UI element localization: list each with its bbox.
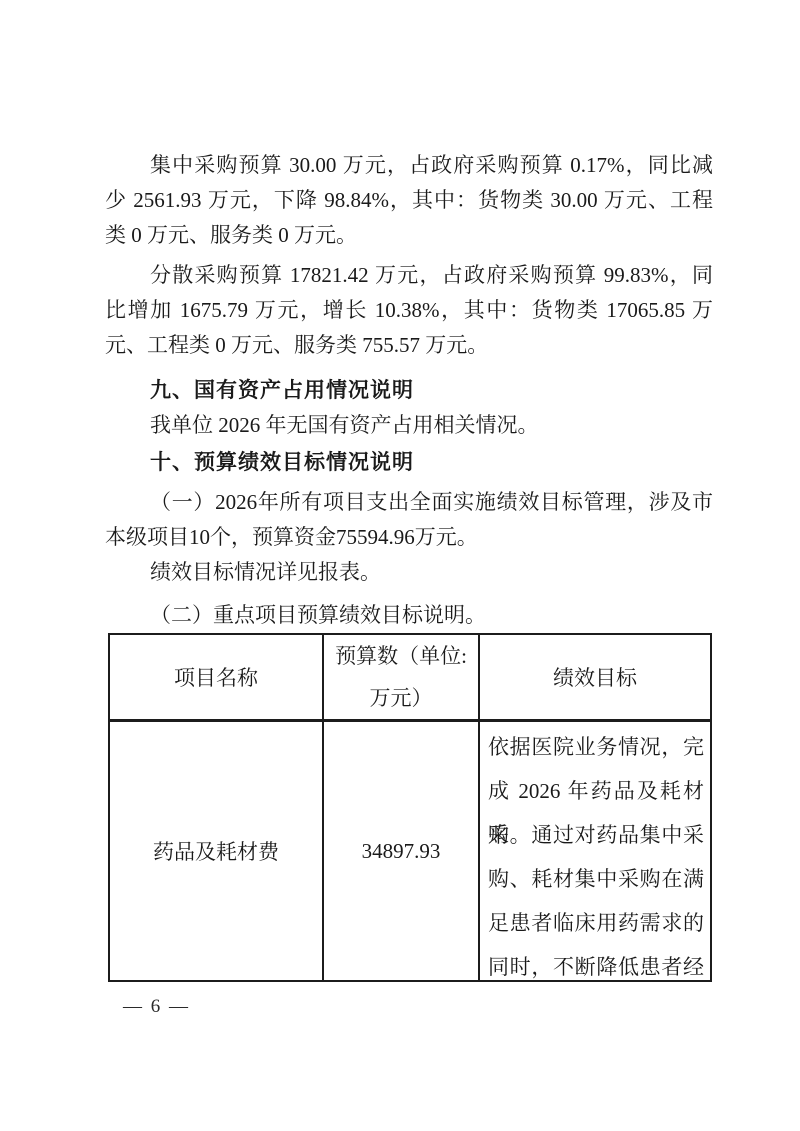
header-budget: 预算数（单位: 万元） bbox=[323, 634, 479, 721]
page-number: — 6 — bbox=[123, 996, 190, 1018]
text-line: 分散采购预算 17821.42 万元，占政府采购预算 99.83%，同 bbox=[105, 258, 713, 293]
table-row: 药品及耗材费 34897.93 依据医院业务情况，完 成 2026 年药品及耗材… bbox=[109, 721, 711, 982]
header-performance-goal: 绩效目标 bbox=[479, 634, 711, 721]
paragraph: （二）重点项目预算绩效目标说明。 bbox=[105, 598, 713, 633]
text-line: 购。通过对药品集中采 bbox=[488, 813, 704, 857]
text-line: 同时，不断降低患者经 bbox=[488, 945, 704, 979]
paragraph: 绩效目标情况详见报表。 bbox=[105, 555, 713, 590]
cell-performance-goal: 依据医院业务情况，完 成 2026 年药品及耗材采 购。通过对药品集中采 购、耗… bbox=[479, 721, 711, 982]
text-line: 依据医院业务情况，完 bbox=[488, 725, 704, 769]
text-line: 集中采购预算 30.00 万元，占政府采购预算 0.17%，同比减 bbox=[105, 148, 713, 183]
text-line: 少 2561.93 万元，下降 98.84%，其中：货物类 30.00 万元、工… bbox=[105, 183, 713, 218]
text-line: 元、工程类 0 万元、服务类 755.57 万元。 bbox=[105, 328, 713, 363]
text-line: （一）2026年所有项目支出全面实施绩效目标管理，涉及市 bbox=[105, 485, 713, 520]
header-budget-line2: 万元） bbox=[324, 677, 478, 719]
text-line: 本级项目10个，预算资金75594.96万元。 bbox=[105, 520, 713, 555]
text-line: 我单位 2026 年无国有资产占用相关情况。 bbox=[105, 408, 713, 443]
text-line: 足患者临床用药需求的 bbox=[488, 901, 704, 945]
text-line: 成 2026 年药品及耗材采 bbox=[488, 769, 704, 813]
text-line: 购、耗材集中采购在满 bbox=[488, 857, 704, 901]
text-line: （二）重点项目预算绩效目标说明。 bbox=[105, 598, 713, 633]
text-line: 绩效目标情况详见报表。 bbox=[105, 555, 713, 590]
section-heading-9: 九、国有资产占用情况说明 bbox=[105, 373, 713, 408]
header-budget-line1: 预算数（单位: bbox=[324, 635, 478, 677]
text-line: 类 0 万元、服务类 0 万元。 bbox=[105, 218, 713, 253]
text-line: 比增加 1675.79 万元，增长 10.38%，其中：货物类 17065.85… bbox=[105, 293, 713, 328]
performance-goal-text: 依据医院业务情况，完 成 2026 年药品及耗材采 购。通过对药品集中采 购、耗… bbox=[480, 723, 710, 979]
section-heading-10: 十、预算绩效目标情况说明 bbox=[105, 445, 713, 480]
document-page: 集中采购预算 30.00 万元，占政府采购预算 0.17%，同比减 少 2561… bbox=[0, 0, 800, 1131]
paragraph: （一）2026年所有项目支出全面实施绩效目标管理，涉及市 本级项目10个，预算资… bbox=[105, 485, 713, 555]
page-body-text: 集中采购预算 30.00 万元，占政府采购预算 0.17%，同比减 少 2561… bbox=[105, 0, 713, 982]
paragraph: 分散采购预算 17821.42 万元，占政府采购预算 99.83%，同 比增加 … bbox=[105, 258, 713, 363]
cell-project-name: 药品及耗材费 bbox=[109, 721, 323, 982]
header-project-name: 项目名称 bbox=[109, 634, 323, 721]
paragraph: 我单位 2026 年无国有资产占用相关情况。 bbox=[105, 408, 713, 443]
paragraph: 集中采购预算 30.00 万元，占政府采购预算 0.17%，同比减 少 2561… bbox=[105, 148, 713, 253]
table-header-row: 项目名称 预算数（单位: 万元） 绩效目标 bbox=[109, 634, 711, 721]
performance-goal-table: 项目名称 预算数（单位: 万元） 绩效目标 药品及耗材费 34897.93 依据… bbox=[108, 633, 712, 982]
cell-budget: 34897.93 bbox=[323, 721, 479, 982]
